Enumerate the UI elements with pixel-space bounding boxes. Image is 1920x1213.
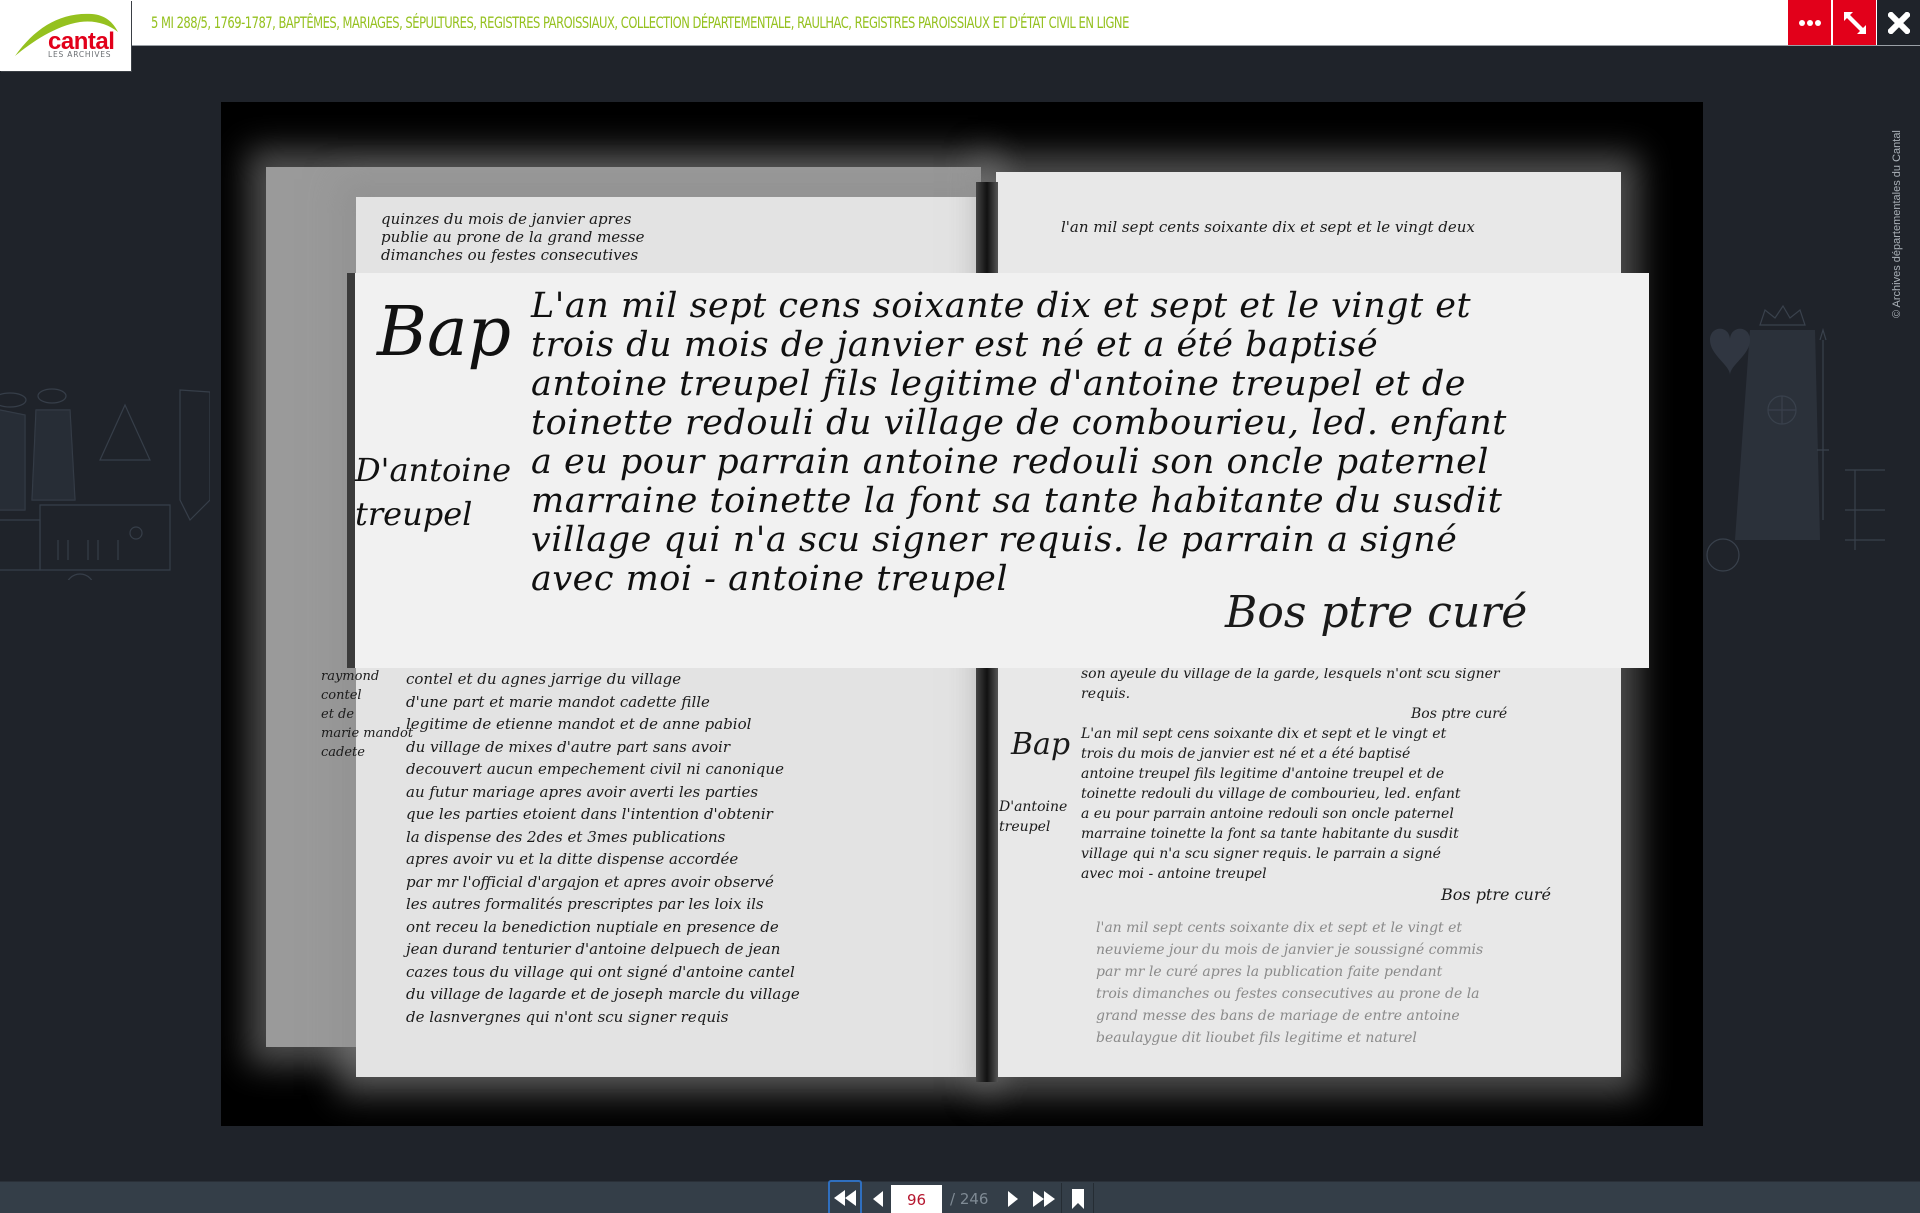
triangle-left-icon (872, 1190, 884, 1208)
page-number-input[interactable] (891, 1185, 942, 1213)
right-margin-treupel: treupel (999, 820, 1050, 834)
document-viewer[interactable]: quinzes du mois de janvier apres publie … (221, 102, 1703, 1126)
triangle-right-icon (1007, 1190, 1019, 1208)
right-page-text: son ayeule du village de la garde, lesqu… (1081, 664, 1551, 906)
document-title: 5 MI 288/5, 1769-1787, BAPTÊMES, MARIAGE… (151, 12, 1129, 34)
page-total: / 246 (950, 1190, 988, 1208)
background-illustration-left (0, 330, 210, 580)
ellipsis-icon (1799, 19, 1821, 27)
header-bar: 5 MI 288/5, 1769-1787, BAPTÊMES, MARIAGE… (0, 0, 1920, 46)
nav-divider (1093, 1183, 1094, 1213)
magnifier-zoom-strip[interactable]: Bap D'antoine treupel L'an mil sept cens… (347, 273, 1649, 668)
right-margin-bap: Bap (1011, 730, 1070, 760)
pagination-bar: / 246 (0, 1181, 1920, 1213)
cantal-logo[interactable]: cantal LES ARCHIVES (0, 0, 131, 71)
magnifier-margin-treupel: treupel (355, 495, 472, 533)
bookmark-button[interactable] (1066, 1183, 1090, 1213)
magnifier-margin-bap: Bap (377, 293, 511, 372)
magnifier-margin-antoine: D'antoine (355, 451, 511, 489)
expand-arrows-icon (1842, 10, 1868, 36)
left-page-text: contel et du agnes jarrige du village d'… (406, 668, 800, 1028)
fullscreen-button[interactable] (1833, 0, 1876, 45)
left-page-top-text: quinzes du mois de janvier apres publie … (381, 210, 644, 264)
first-page-button[interactable] (828, 1180, 862, 1213)
double-chevron-left-icon (833, 1189, 857, 1207)
close-button[interactable] (1877, 0, 1920, 45)
magnifier-text: L'an mil sept cens soixante dix et sept … (531, 287, 1507, 599)
right-margin-antoine: D'antoine (999, 800, 1067, 814)
bookmark-icon (1072, 1189, 1084, 1209)
more-options-button[interactable] (1788, 0, 1831, 45)
copyright-notice: © Archives départementales du Cantal (1891, 78, 1903, 318)
last-page-button[interactable] (1028, 1183, 1060, 1213)
magnifier-signature: Bos ptre curé (1225, 591, 1527, 635)
logo-subtitle: LES ARCHIVES (48, 51, 111, 59)
right-page-faint-text: l'an mil sept cents soixante dix et sept… (1096, 917, 1483, 1049)
right-page-top-text: l'an mil sept cents soixante dix et sept… (1061, 217, 1475, 237)
close-icon (1888, 12, 1910, 34)
double-chevron-right-icon (1032, 1190, 1056, 1208)
next-page-button[interactable] (1000, 1183, 1025, 1213)
nav-divider (1061, 1183, 1062, 1213)
background-illustration-right (1705, 300, 1885, 580)
left-page-margin: raymond contel et de marie mandot cadete (321, 667, 413, 762)
previous-page-button[interactable] (865, 1183, 890, 1213)
